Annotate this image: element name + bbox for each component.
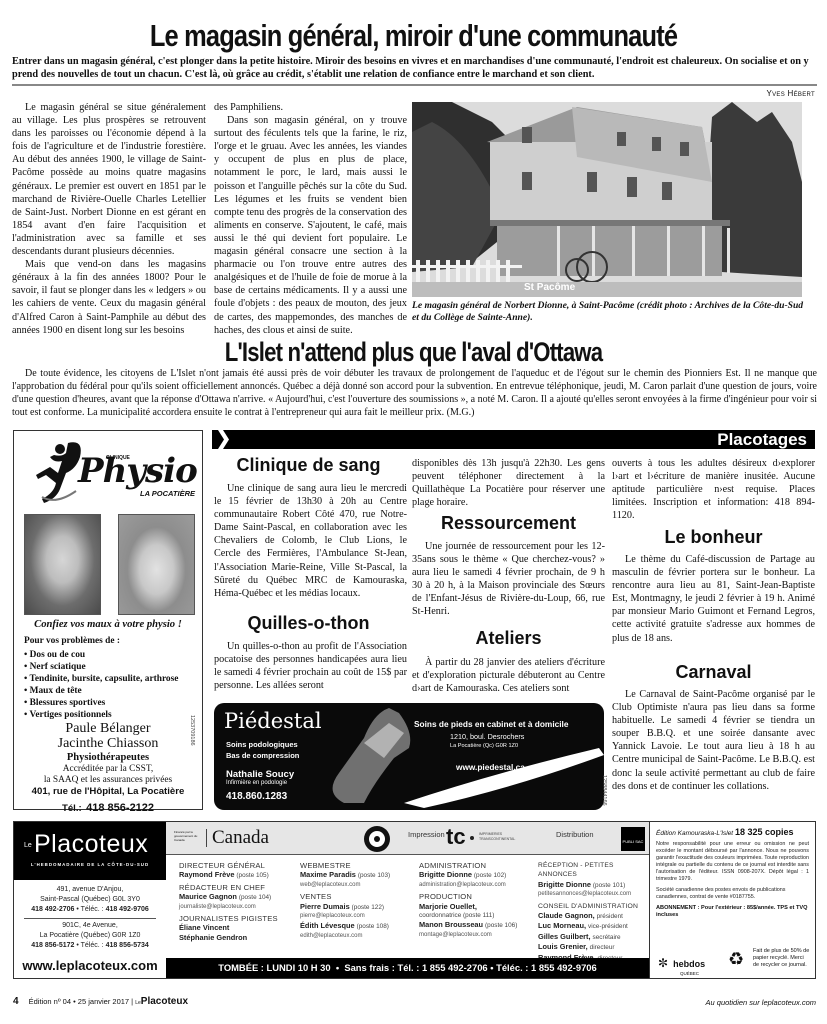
symptom-list: • Dos ou de cou • Nerf sciatique • Tendi… [24, 649, 178, 721]
ad-headline: Soins de pieds en cabinet et à domicile [414, 719, 568, 729]
role-label: PRODUCTION [419, 892, 534, 901]
paragraph: Dans son magasin général, on y trouve su… [214, 114, 407, 337]
ad-tagline: Confiez vos maux à votre physio ! [14, 619, 202, 630]
certification-seal-icon [363, 825, 391, 853]
logo-city: LA POCATIÈRE [140, 489, 195, 498]
article-deck: Entrer dans un magasin général, c'est pl… [12, 55, 817, 81]
article-column-2: des Pamphiliens. Dans son magasin généra… [214, 101, 407, 337]
staff-entry: Manon Brousseau (poste 106) [419, 920, 534, 930]
deadline-bar: TOMBÉE : LUNDI 10 H 30 • Sans frais : Té… [166, 958, 649, 978]
store-photo: St Pacôme [412, 102, 802, 297]
staff-entry: Éliane Vincent [179, 923, 289, 932]
website-link[interactable]: www.piedestal.ca [456, 762, 525, 772]
paragraph: Une clinique de sang aura lieu le mercre… [214, 482, 407, 600]
staff-entry: Luc Morneau, vice-président [538, 921, 650, 931]
brief-title: Le bonheur [612, 527, 815, 548]
paragraph: Le thème du Café-discussion de Partage a… [612, 553, 815, 645]
staff-column: RÉCEPTION - PETITES ANNONCES Brigitte Di… [538, 859, 650, 963]
email-link[interactable]: montage@leplacoteux.com [419, 931, 534, 940]
role-label: ADMINISTRATION [419, 861, 534, 870]
staff-entry: Stéphanie Gendron [179, 933, 289, 942]
page-number: 4 [13, 996, 19, 1007]
practitioner-name: Jacinthe Chiasson [14, 736, 202, 751]
list-item: • Nerf sciatique [24, 661, 178, 673]
physio-clinic-ad[interactable]: CLINIQUE Physio LA POCATIÈRE Confiez vos… [13, 430, 203, 810]
contact-title: Infirmière en podologie [226, 780, 287, 786]
phone-line: 418 856-5172 • Téléc. : 418 856-5734 [14, 941, 166, 951]
staff-entry: Pierre Dumais (poste 122) [300, 902, 410, 912]
photo-caption: Le magasin général de Norbert Dionne, à … [412, 300, 804, 324]
brief-body: À partir du 28 janvier des ateliers d'éc… [412, 656, 605, 695]
ad-address: 1210, boul. Desrochers [450, 732, 524, 741]
ad-code: 1258844166 [601, 775, 607, 806]
portrait-photo [24, 514, 101, 615]
masthead: Le Placoteux L'HEBDOMADAIRE DE LA CÔTE-D… [13, 821, 816, 979]
flower-icon: ✼ [658, 956, 668, 970]
ad-address: La Pocatière (Qc) G0R 1Z0 [450, 743, 518, 749]
service-line: Bas de compression [226, 751, 299, 760]
brand-name: Piédestal [224, 709, 322, 733]
logo-subtitle: L'HEBDOMADAIRE DE LA CÔTE-DU-SUD [14, 862, 166, 867]
brief-title: Ressourcement [412, 513, 605, 534]
funding-label: Financé par le gouvernement du Canada [174, 830, 199, 842]
logo-text: Placoteux [34, 830, 148, 859]
brief-body: Une journée de ressourcement pour les 12… [412, 540, 605, 619]
list-item: • Maux de tête [24, 685, 178, 697]
paragraph: De toute évidence, les citoyens de L'Isl… [12, 367, 817, 419]
recycle-icon: ♻ [728, 949, 744, 970]
staff-entry: Maurice Gagnon (poste 104) [179, 892, 289, 902]
brief-body: Le Carnaval de Saint-Pacôme organisé par… [612, 688, 815, 793]
paragraph: Le magasin général se situe généralement… [12, 101, 206, 258]
postal-notice: Société canadienne des postes envois de … [656, 887, 809, 901]
physio-logo: CLINIQUE Physio LA POCATIÈRE [28, 439, 198, 509]
role-label: RÉCEPTION - PETITES ANNONCES [538, 861, 650, 880]
edition-info: Édition nº 04 • 25 janvier 2017 | [29, 997, 133, 1006]
portrait-photo [118, 514, 195, 615]
staff-column: DIRECTEUR GÉNÉRAL Raymond Frève (poste 1… [179, 859, 289, 942]
article-body: De toute évidence, les citoyens de L'Isl… [12, 367, 817, 419]
paragraph: À partir du 28 janvier des ateliers d'éc… [412, 656, 605, 695]
role-label: JOURNALISTES PIGISTES [179, 914, 289, 923]
article-column-1: Le magasin général se situe généralement… [12, 101, 206, 337]
staff-entry: Brigitte Dionne (poste 101) [538, 880, 650, 890]
paragraph: Un quilles-o-thon au profit de l'Associa… [214, 640, 407, 692]
chevron-right-icon [216, 430, 230, 449]
building-illustration [412, 102, 802, 297]
brief-title: Carnaval [612, 662, 815, 683]
divider [24, 918, 156, 919]
staff-entry: Brigitte Dionne (poste 102) [419, 870, 534, 880]
article-headline: L'Islet n'attend plus que l'aval d'Ottaw… [74, 337, 752, 368]
staff-entry: Claude Gagnon, président [538, 911, 650, 921]
footer-tagline[interactable]: Au quotidien sur leplacoteux.com [706, 998, 816, 1007]
address-line: Saint-Pascal (Québec) G0L 3Y0 [14, 895, 166, 905]
website-link[interactable]: www.leplacoteux.com [14, 958, 166, 973]
phone-label: Tél.: [62, 803, 82, 814]
brief-body: Une clinique de sang aura lieu le mercre… [214, 482, 407, 600]
practitioner-title: Physiothérapeutes [14, 751, 202, 764]
sponsor-bar: Financé par le gouvernement du Canada Ca… [166, 822, 649, 855]
hebdos-logo: ✼ hebdos QUÉBEC [658, 952, 705, 976]
distribution-label: Distribution [556, 830, 594, 839]
office-address: 491, avenue D'Anjou, Saint-Pascal (Québe… [14, 885, 166, 915]
divider [206, 829, 207, 847]
address-line: 491, avenue D'Anjou, [14, 885, 166, 895]
address-line: 901C, 4e Avenue, [14, 921, 166, 931]
piedestal-ad[interactable]: Piédestal Soins podologiques Bas de comp… [214, 703, 604, 810]
paragraph: Le Carnaval de Saint-Pacôme organisé par… [612, 688, 815, 793]
email-link[interactable]: petitesannonces@leplacoteux.com [538, 890, 650, 899]
brief-body: Le thème du Café-discussion de Partage a… [612, 553, 815, 645]
ad-address: 401, rue de l'Hôpital, La Pocatière [14, 786, 202, 797]
brief-title: Ateliers [412, 628, 605, 649]
service-line: Soins podologiques [226, 740, 298, 749]
practitioner-name: Paule Bélanger [14, 721, 202, 736]
list-item: • Blessures sportives [24, 697, 178, 709]
staff-entry: Maxime Paradis (poste 103) [300, 870, 410, 880]
staff-entry: Édith Lévesque (poste 108) [300, 921, 410, 931]
paragraph-continuation: disponibles dès 13h jusqu'à 22h30. Les g… [412, 457, 605, 509]
paragraph-continuation: des Pamphiliens. [214, 101, 407, 114]
subscription: ABONNEMENT : Pour l'extérieur : 85$/anné… [656, 905, 809, 919]
staff-entry: coordonnatrice (poste 111) [419, 911, 534, 920]
role-label: RÉDACTEUR EN CHEF [179, 883, 289, 892]
info-panel: Édition Kamouraska-L'Islet 18 325 copies… [649, 822, 815, 978]
footer-logo: Placoteux [141, 996, 188, 1007]
phone-number[interactable]: 418 856-2122 [86, 802, 154, 814]
page-footer: 4 Édition nº 04 • 25 janvier 2017 | LePl… [13, 996, 816, 1010]
brief-title: Quilles-o-thon [212, 613, 405, 634]
divider [12, 84, 817, 86]
paragraph: Mais que vend-on dans les magasins génér… [12, 258, 206, 337]
brief-title: Clinique de sang [212, 455, 405, 476]
tc-logo: tc [446, 824, 466, 850]
ad-phone[interactable]: Tél.: 418 856-2122 [14, 798, 202, 816]
accreditation: la SAAQ et les assurances privées [14, 775, 202, 786]
impression-label: Impression [408, 830, 445, 839]
accreditation: Accréditée par la CSST, [14, 764, 202, 775]
email-link[interactable]: pierre@leplacoteux.com [300, 912, 410, 921]
list-item: • Tendinite, bursite, capsulite, arthros… [24, 673, 178, 685]
paragraph: Une journée de ressourcement pour les 12… [412, 540, 605, 619]
list-item: • Dos ou de cou [24, 649, 178, 661]
section-banner: Placotages [212, 430, 815, 449]
email-link[interactable]: journaliste@leplacoteux.com [179, 903, 289, 912]
ad-code: 1253709186 [189, 715, 195, 746]
logo-main: Physio [78, 451, 197, 491]
office-address: 901C, 4e Avenue, La Pocatière (Québec) G… [14, 921, 166, 951]
photo-overlay-text: St Pacôme [524, 282, 575, 293]
logo-prefix: Le [24, 842, 32, 849]
printer-name: IMPRIMERIES TRANSCONTINENTAL [479, 832, 531, 841]
edition-line: Édition Kamouraska-L'Islet 18 325 copies [656, 827, 809, 837]
bullet [470, 836, 474, 840]
ad-list-intro: Pour vos problèmes de : [24, 636, 120, 646]
section-title: Placotages [717, 430, 807, 449]
phone-number[interactable]: 418.860.1283 [226, 791, 287, 802]
disclaimer: Notre responsabilité pour une erreur ou … [656, 841, 809, 883]
address-line: La Pocatière (Québec) G0R 1Z0 [14, 931, 166, 941]
staff-column: ADMINISTRATION Brigitte Dionne (poste 10… [419, 859, 534, 940]
role-label: WEBMESTRE [300, 861, 410, 870]
staff-column: WEBMESTRE Maxime Paradis (poste 103) web… [300, 859, 410, 941]
paragraph-continuation: ouverts à tous les adultes désireux d›ex… [612, 457, 815, 522]
staff-entry: Louis Grenier, directeur [538, 942, 650, 952]
staff-entry: Raymond Frève (poste 105) [179, 870, 289, 880]
email-link[interactable]: administration@leplacoteux.com [419, 881, 534, 890]
contact-name: Nathalie Soucy [226, 769, 294, 780]
article-headline: Le magasin général, miroir d'une communa… [74, 18, 752, 54]
staff-entry: Gilles Guilbert, secrétaire [538, 932, 650, 942]
canada-wordmark: Canada [212, 827, 269, 849]
brief-body: Un quilles-o-thon au profit de l'Associa… [214, 640, 407, 692]
email-link[interactable]: web@leplacoteux.com [300, 881, 410, 890]
newspaper-logo: Le Placoteux L'HEBDOMADAIRE DE LA CÔTE-D… [14, 822, 166, 880]
distribution-logo: PUBLI SAC [621, 827, 645, 851]
brief-body-continued: disponibles dès 13h jusqu'à 22h30. Les g… [412, 457, 605, 509]
brief-body-continued: ouverts à tous les adultes désireux d›ex… [612, 457, 815, 522]
role-label: VENTES [300, 892, 410, 901]
byline: Yves Hébert [766, 89, 815, 98]
practitioner-names: Paule Bélanger Jacinthe Chiasson Physiot… [14, 721, 202, 786]
recycle-note: Fait de plus de 50% de papier recyclé. M… [753, 948, 811, 969]
role-label: DIRECTEUR GÉNÉRAL [179, 861, 289, 870]
staff-entry: Marjorie Ouellet, [419, 902, 534, 911]
phone-line: 418 492-2706 • Téléc. : 418 492-9706 [14, 905, 166, 915]
email-link[interactable]: edith@leplacoteux.com [300, 932, 410, 941]
list-item: • Vertiges positionnels [24, 709, 178, 721]
role-label: CONSEIL D'ADMINISTRATION [538, 902, 650, 911]
